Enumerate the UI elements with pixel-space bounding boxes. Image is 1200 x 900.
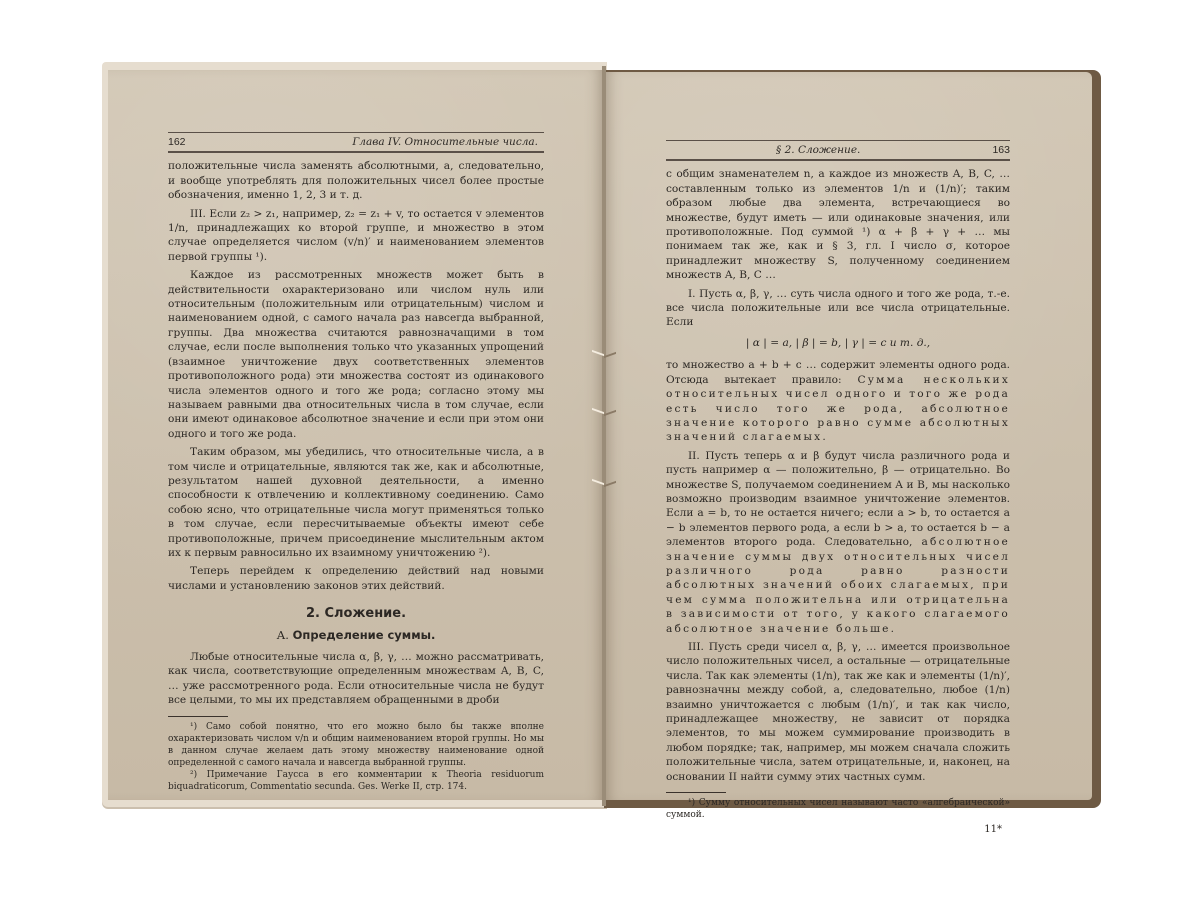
paragraph: с общим знаменателем n, а каждое из множ…	[666, 167, 1010, 282]
formula: | α | = a, | β | = b, | γ | = c и т. д.,	[666, 336, 1010, 350]
paragraph: Любые относительные числа α, β, γ, … мож…	[168, 650, 544, 708]
right-page-content: § 2. Сложение. 163 с общим знаменателем …	[666, 140, 1010, 837]
subsection-title: Определение суммы.	[293, 628, 436, 642]
paragraph: положительные числа заменять абсолютными…	[168, 159, 544, 202]
footnote-rule	[666, 792, 726, 793]
book-gutter	[602, 66, 606, 806]
open-book: 162 Глава IV. Относительные числа. полож…	[0, 0, 1200, 900]
paragraph-text: II. Пусть теперь α и β будут числа разли…	[666, 450, 1010, 548]
page-number-right: 163	[992, 143, 1010, 157]
paragraph: Теперь перейдем к определению действий н…	[168, 564, 544, 593]
running-head-right: § 2. Сложение. 163	[666, 140, 1010, 161]
page-number-left: 162	[168, 135, 186, 149]
footnote: ²) Примечание Гаусса в его комментарии к…	[168, 769, 544, 793]
signature-mark: 11*	[666, 823, 1010, 837]
running-head-left: 162 Глава IV. Относительные числа.	[168, 132, 544, 153]
rule-text: абсолютное значение суммы двух относител…	[666, 536, 1010, 634]
left-page-content: 162 Глава IV. Относительные числа. полож…	[168, 132, 544, 793]
paragraph: Таким образом, мы убедились, что относит…	[168, 445, 544, 560]
paragraph: Каждое из рассмотренных множеств может б…	[168, 268, 544, 441]
running-title-right: § 2. Сложение.	[776, 143, 860, 157]
subsection-label: А.	[277, 628, 289, 642]
binding-stitch	[592, 410, 616, 416]
paragraph: III. Если z₂ > z₁, например, z₂ = z₁ + v…	[168, 207, 544, 265]
footnote: ¹) Само собой понятно, что его можно был…	[168, 721, 544, 769]
binding-stitch	[592, 481, 616, 487]
footnote: ¹) Сумму относительных чисел называют ча…	[666, 797, 1010, 821]
paragraph: то множество a + b + c … содержит элемен…	[666, 358, 1010, 444]
binding-stitch	[592, 352, 616, 358]
footnote-rule	[168, 716, 228, 717]
running-title-left: Глава IV. Относительные числа.	[352, 135, 538, 149]
subsection-heading: А. Определение суммы.	[168, 628, 544, 642]
paragraph: III. Пусть среди чисел α, β, γ, … имеетс…	[666, 640, 1010, 784]
section-heading: 2. Сложение.	[168, 607, 544, 621]
paragraph: II. Пусть теперь α и β будут числа разли…	[666, 449, 1010, 636]
paragraph: I. Пусть α, β, γ, … суть числа одного и …	[666, 287, 1010, 330]
